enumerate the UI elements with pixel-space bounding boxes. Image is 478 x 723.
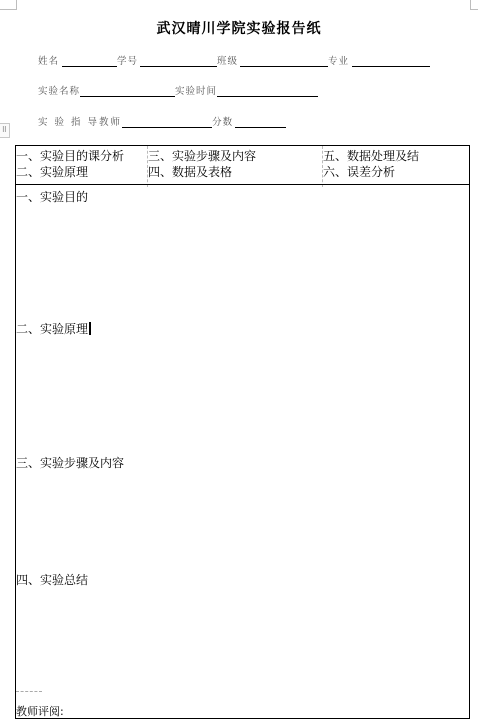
contents-item: 二、实验原理 [16, 164, 147, 180]
experiment-time-field[interactable] [217, 86, 318, 97]
experiment-time-label: 实验时间 [175, 83, 217, 97]
name-label: 姓名 [38, 53, 59, 67]
text-cursor [89, 322, 91, 335]
page-corner-marker-top-right [470, 0, 478, 10]
section-heading-summary: 四、实验总结 [16, 571, 88, 588]
contents-column-1[interactable]: 一、实验目的课分析 二、实验原理 [16, 146, 147, 187]
contents-item: 六、误差分析 [323, 164, 468, 180]
major-label: 专业 [328, 53, 349, 67]
contents-item: 四、数据及表格 [148, 164, 323, 180]
contents-table: 一、实验目的课分析 二、实验原理 三、实验步骤及内容 四、数据及表格 五、数据处… [15, 145, 470, 185]
section-heading-steps: 三、实验步骤及内容 [16, 454, 124, 471]
student-id-label: 学号 [117, 53, 138, 67]
table-move-handle-icon[interactable]: ⠿ [0, 123, 10, 138]
section-heading-principle: 二、实验原理 [16, 320, 91, 337]
header-row-3: 实 验 指 导教师 分数 [38, 114, 286, 128]
contents-item: 五、数据处理及结 [323, 148, 468, 164]
document-title: 武汉晴川学院实验报告纸 [0, 18, 478, 38]
page-corner-marker-top-left [0, 0, 17, 10]
header-row-1: 姓名 学号 班级 专业 [38, 53, 430, 67]
class-field[interactable] [240, 56, 328, 67]
contents-item: 一、实验目的课分析 [16, 148, 147, 164]
teacher-review-label: 教师评阅: [16, 703, 64, 719]
contents-item: 三、实验步骤及内容 [148, 148, 323, 164]
contents-column-2[interactable]: 三、实验步骤及内容 四、数据及表格 [147, 146, 323, 187]
instructor-label: 实 验 指 导教师 [38, 114, 122, 128]
student-id-field[interactable] [140, 56, 217, 67]
experiment-name-label: 实验名称 [38, 83, 80, 97]
section-heading-principle-text: 二、实验原理 [16, 322, 88, 336]
class-label: 班级 [217, 53, 238, 67]
report-body-cell[interactable]: 一、实验目的 二、实验原理 三、实验步骤及内容 四、实验总结 教师评阅: [15, 184, 470, 719]
contents-column-3[interactable]: 五、数据处理及结 六、误差分析 [322, 146, 468, 187]
header-row-2: 实验名称 实验时间 [38, 83, 318, 97]
experiment-name-field[interactable] [80, 86, 175, 97]
section-heading-purpose: 一、实验目的 [16, 188, 88, 205]
score-label: 分数 [212, 114, 233, 128]
instructor-field[interactable] [122, 117, 212, 128]
score-field[interactable] [235, 117, 286, 128]
major-field[interactable] [352, 56, 430, 67]
name-field[interactable] [62, 56, 117, 67]
paragraph-mark-divider [16, 691, 42, 692]
